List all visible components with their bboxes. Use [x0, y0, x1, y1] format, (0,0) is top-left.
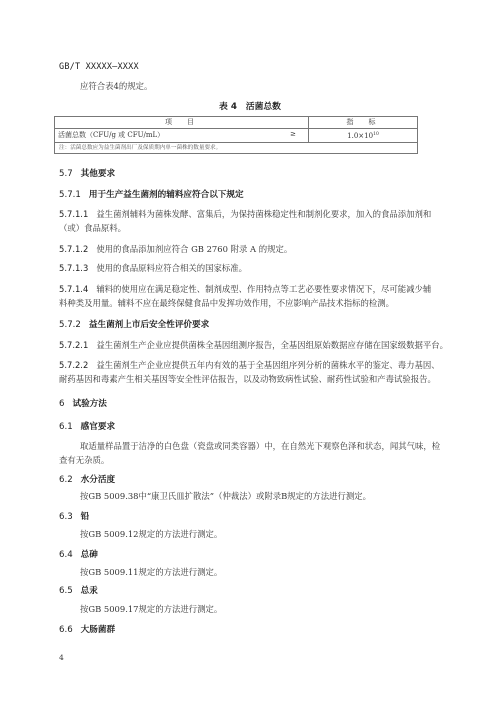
intro-line: 应符合表4的规定。 [80, 80, 152, 93]
section-5-7-2-heading: 5.7.2益生菌剂上市后安全性评价要求 [59, 318, 209, 330]
section-6-3-text: 按GB 5009.12规定的方法进行测定。 [80, 528, 222, 541]
section-6-5-text: 按GB 5009.17规定的方法进行测定。 [80, 603, 222, 616]
table-header-item: 项 目 [55, 117, 309, 129]
value-exponent: 10 [373, 132, 379, 137]
section-6-1-text-cont: 查有无杂质。 [59, 454, 109, 467]
section-6-1-text: 取适量样品置于洁净的白色盘（瓷盘或同类容器）中，在自然光下观察色泽和状态，闻其气… [80, 440, 440, 453]
table-title: 表 4 活菌总数 [0, 99, 500, 112]
table-note-row: 注：活菌总数应为益生菌剂出厂及保质期内单一菌株的数量要求。 [55, 143, 418, 154]
table-row: 活菌总数（CFU/g 或 CFU/mL） ≥ 1.0×1010 [55, 129, 418, 143]
section-6-heading: 6试验方法 [59, 397, 107, 409]
table-4-viable-count: 项 目 指 标 活菌总数（CFU/g 或 CFU/mL） ≥ 1.0×1010 … [54, 116, 418, 154]
section-6-2-text: 按GB 5009.38中“康卫氏皿扩散法”（仲裁法）或附录B规定的方法进行测定。 [80, 490, 371, 503]
table-note: 注：活菌总数应为益生菌剂出厂及保质期内单一菌株的数量要求。 [55, 143, 418, 154]
clause-5-7-1-2: 5.7.1.2使用的食品添加剂应符合 GB 2760 附录 A 的规定。 [59, 243, 292, 256]
clause-5-7-1-4: 5.7.1.4辅料的使用应在满足稳定性、制剂成型、作用特点等工艺必要性要求情况下… [59, 283, 431, 296]
clause-5-7-2-2: 5.7.2.2益生菌剂生产企业应提供五年内有效的基于全基因组序列分析的菌株水平的… [59, 359, 440, 372]
table-header-row: 项 目 指 标 [55, 117, 418, 129]
table-cell-item: 活菌总数（CFU/g 或 CFU/mL） ≥ [55, 129, 309, 143]
operator-ge: ≥ [290, 129, 296, 140]
clause-5-7-2-1: 5.7.2.1益生菌剂生产企业应提供菌株全基因组测序报告，全基因组原始数据应存储… [59, 339, 448, 352]
table-cell-value: 1.0×1010 [309, 129, 418, 143]
standard-code: GB/T XXXXX—XXXX [59, 62, 139, 72]
clause-5-7-1-4-cont: 料种类及用量。辅料不应在最终保健食品中发挥功效作用，不应影响产品技术指标的检测。 [59, 297, 394, 310]
item-label: 活菌总数（CFU/g 或 CFU/mL） [58, 131, 164, 139]
clause-5-7-1-1-cont: （或）食品原料。 [59, 222, 126, 235]
section-5-7-heading: 5.7其他要求 [59, 167, 115, 179]
section-6-2-heading: 6.2水分活度 [59, 473, 115, 485]
section-6-5-heading: 6.5总汞 [59, 584, 98, 596]
section-5-7-1-heading: 5.7.1用于生产益生菌剂的辅料应符合以下规定 [59, 188, 244, 200]
clause-5-7-1-3: 5.7.1.3使用的食品原料应符合相关的国家标准。 [59, 262, 247, 275]
section-6-4-heading: 6.4总砷 [59, 548, 98, 560]
clause-5-7-1-1: 5.7.1.1益生菌剂辅料为菌株发酵、富集后，为保持菌株稳定性和制剂化要求，加入… [59, 208, 431, 221]
document-page: GB/T XXXXX—XXXX 应符合表4的规定。 表 4 活菌总数 项 目 指… [0, 0, 500, 707]
value-base: 1.0×10 [347, 132, 373, 140]
section-6-3-heading: 6.3铅 [59, 510, 89, 522]
section-6-6-heading: 6.6大肠菌群 [59, 623, 115, 635]
page-number: 4 [59, 653, 64, 662]
section-6-1-heading: 6.1感官要求 [59, 420, 115, 432]
table-header-value: 指 标 [309, 117, 418, 129]
clause-5-7-2-2-cont: 耐药基因和毒素产生相关基因等安全性评估报告，以及动物致病性试验、耐药性试验和产毒… [59, 373, 436, 386]
section-6-4-text: 按GB 5009.11规定的方法进行测定。 [80, 566, 222, 579]
